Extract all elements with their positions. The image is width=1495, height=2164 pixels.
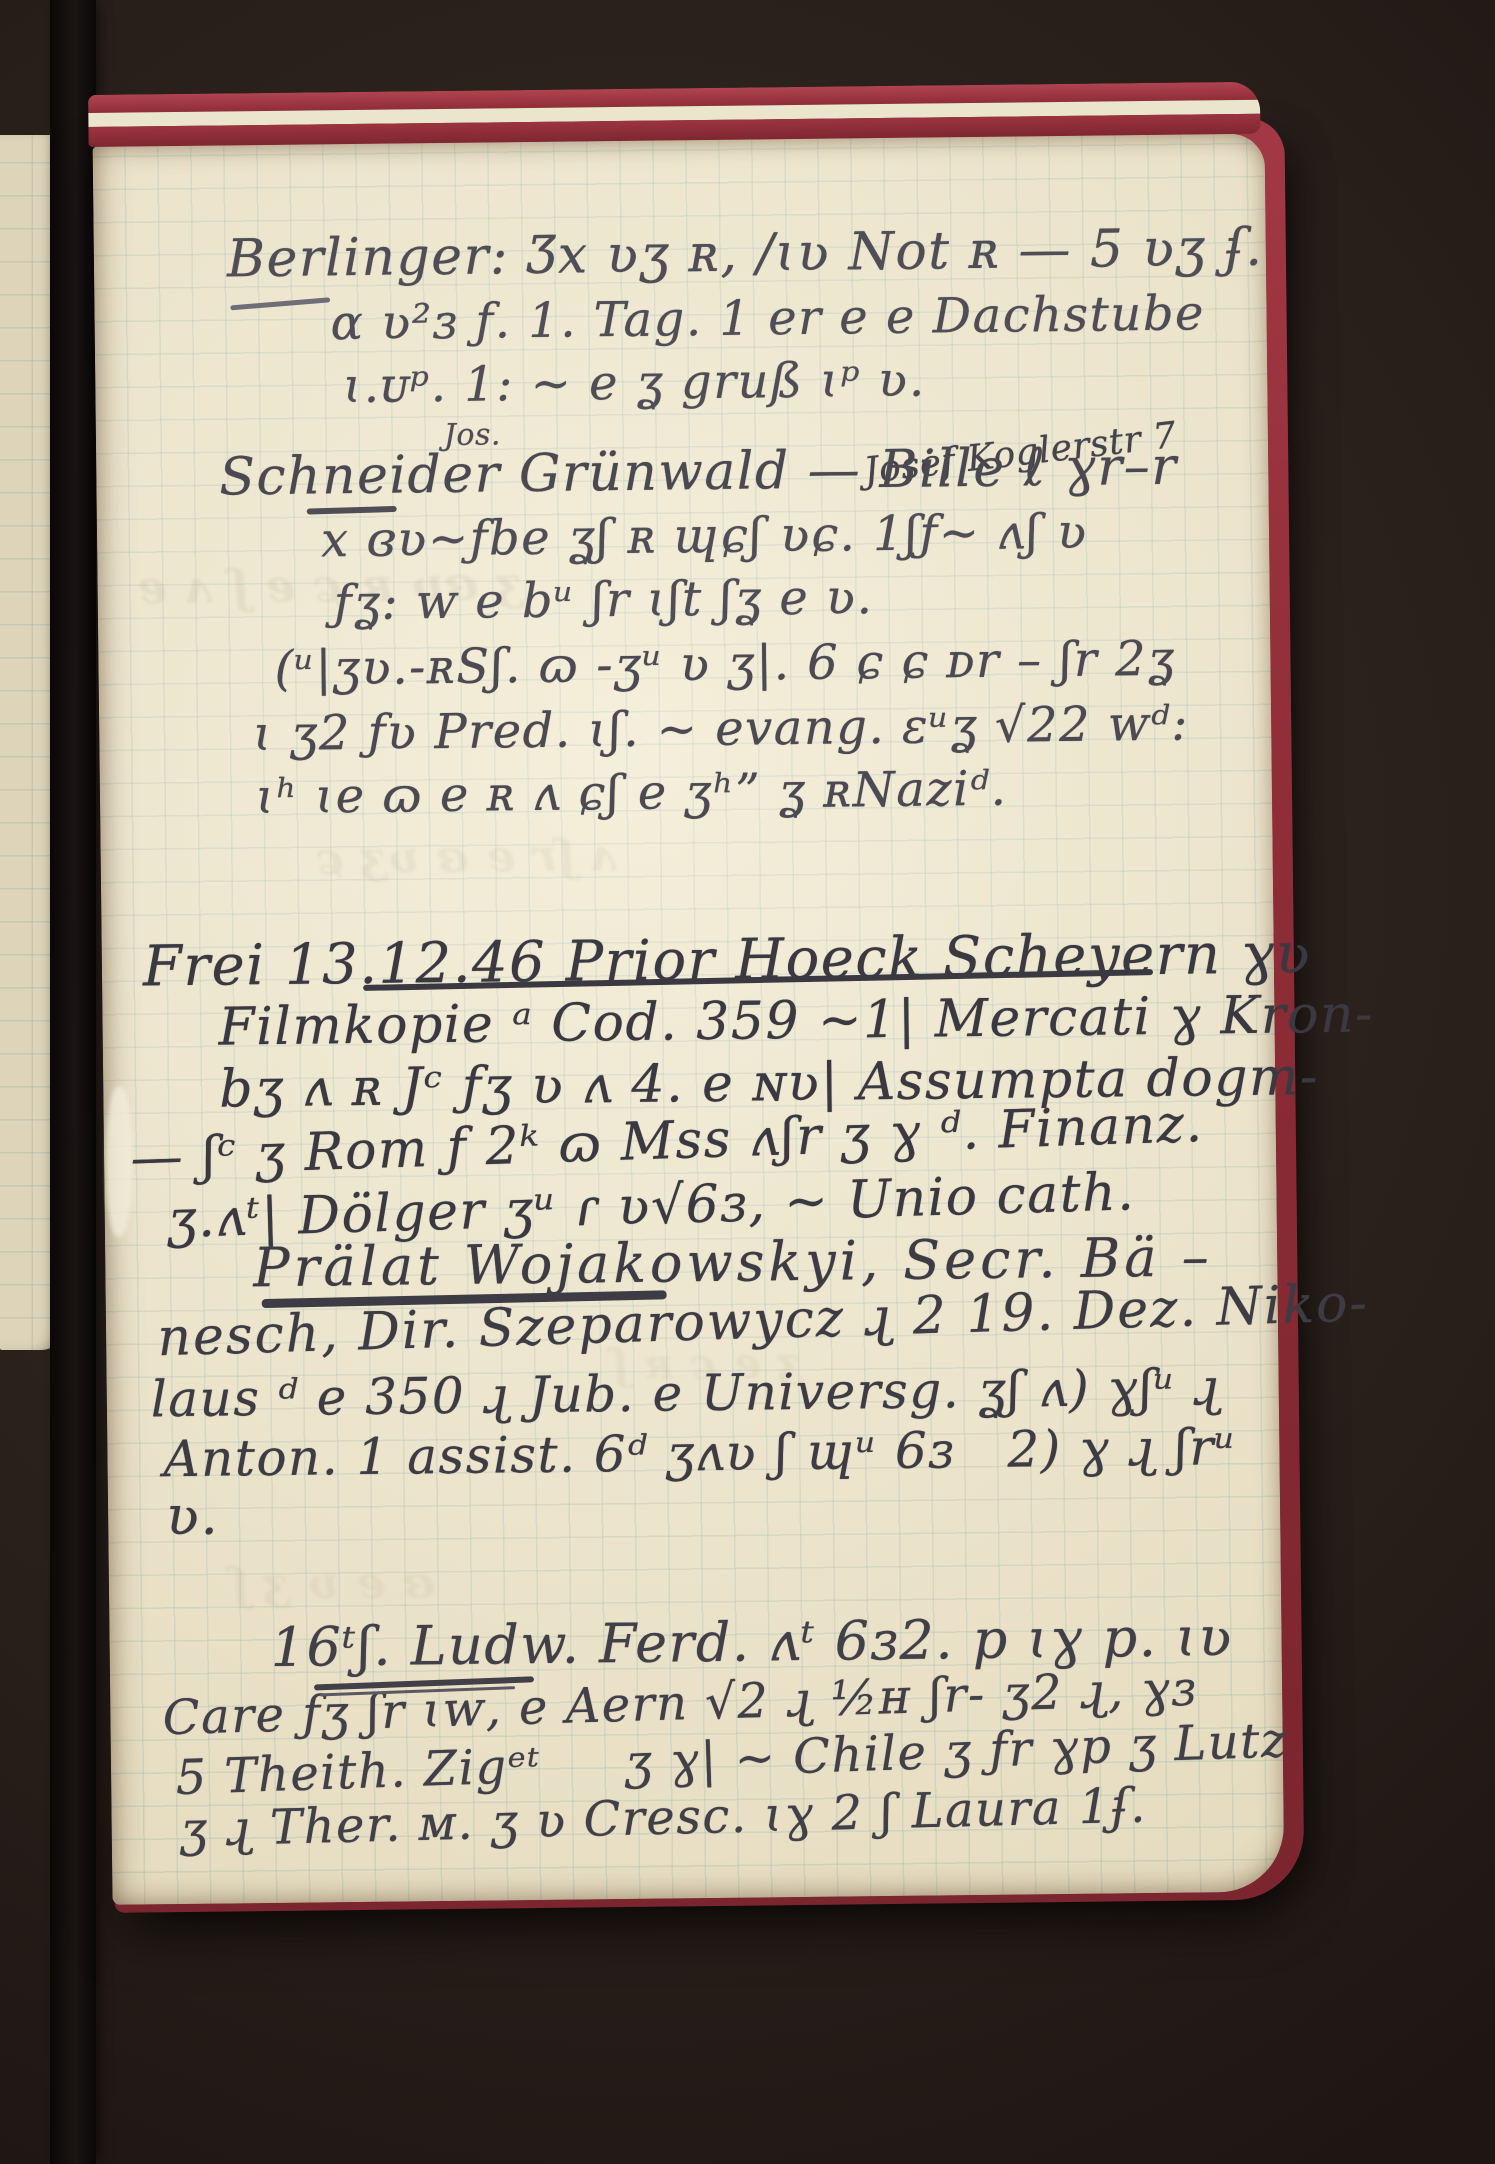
- handwriting-line: ƒʓ: ᴡ e bᵘ ʃr ɩʃt ʃʓ e ʋ.: [334, 573, 874, 627]
- handwriting-line: ɩ ʒ2 ƒʋ Pred. ɩʃ. ~ evang. ɛᵘʓ √22 ᴡᵈ:: [253, 700, 1189, 759]
- handwriting-line: Schneider Grünwald — Bille ℓ ɣr–r: [219, 441, 1178, 504]
- handwriting-line: ɩʰ ɩe ɷ e ʀ ʌ ɕʃ e ʒʰ” ʓ ʀNaziᵈ.: [256, 765, 1008, 822]
- notebook: ʒ ɞʋ ʀ ɕ e ʃ ʌ eʌ ʃr e ɞ ʋʒ ɕʒ e ɕ ʀ ʃɞ …: [88, 82, 1289, 1910]
- handwriting-line: Frei 13.12.46 Prior Hoeck Scheyern ɣʋ: [143, 926, 1312, 995]
- handwriting-line: (ᵘ|ʒʋ.-ʀSʃ. ɷ -ʒᵘ ʋ ʒ|. 6 ɕ ɕ ᴅr – ʃr 2ʓ: [274, 635, 1176, 693]
- handwriting-line: Anton. 1 assist. 6ᵈ ʒʌʋ ʃ ɰᵘ 6ɜ 2) ɣ ɻ ʃ…: [163, 1422, 1236, 1484]
- handwriting-line: ʋ.: [166, 1489, 220, 1544]
- handwriting-line: x ɞʋ~ƒbe ʓʃ ʀ ɰɕʃ ʋɕ. 1ʃƒ~ ʌʃ ʋ: [321, 508, 1088, 565]
- ink-bleedthrough: ʌ ʃr e ɞ ʋʒ ɕ: [315, 834, 617, 881]
- book-strap: [50, 0, 96, 2164]
- underline-stroke: [230, 297, 330, 310]
- handwriting-line: ɑ ʋ²ɜ ƒ. 1. Tag. 1 er e e Dachstube: [330, 289, 1205, 347]
- handwriting-line: Filmkopie ᵃ Cod. 359 ~1| Mercati ɣ Kron-: [218, 988, 1374, 1053]
- photo-background: ʒ ɞʋ ʀ ɕ e ʃ ʌ eʌ ʃr e ɞ ʋʒ ɕʒ e ɕ ʀ ʃɞ …: [0, 0, 1495, 2164]
- handwriting-line: laus ᵈ e 350 ɻ Jub. e Universg. ʓʃ ʌ) ɣʃ…: [151, 1362, 1223, 1424]
- handwriting-line: ɩ.ᴜᵖ. 1: ~ e ʓ gruß ɩᵖ ʋ.: [343, 356, 926, 411]
- handwriting-layer: ʒ ɞʋ ʀ ɕ e ʃ ʌ eʌ ʃr e ɞ ʋʒ ɕʒ e ɕ ʀ ʃɞ …: [88, 82, 1289, 1910]
- ink-bleedthrough: ɞ e ʋ ʒ ʃ: [230, 1561, 435, 1607]
- handwriting-line: Berlinger: Ʒx ʋʒ ʀ, /ɩʋ Not ʀ — 5 ʋʒ ʄ.: [227, 222, 1264, 286]
